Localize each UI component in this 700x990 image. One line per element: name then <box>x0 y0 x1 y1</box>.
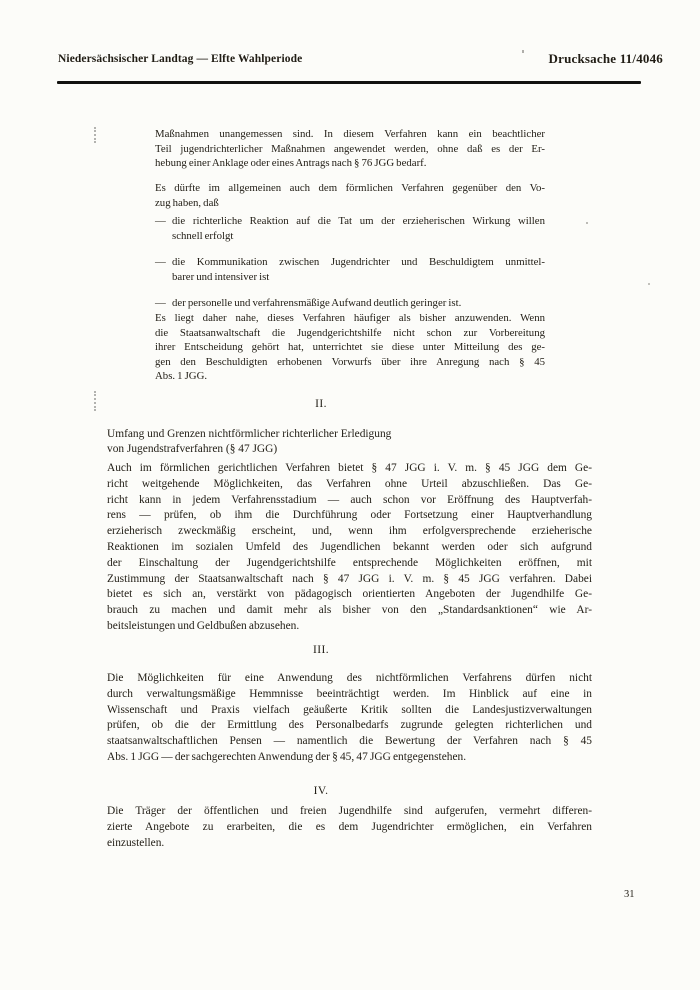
section-heading-ii: II. <box>48 398 594 410</box>
bullet-text: die Kommunikation zwischen Jugendrichter… <box>172 255 545 284</box>
page-number: 31 <box>624 889 635 900</box>
text-line: Auch im förmlichen gerichtlichen Verfahr… <box>107 461 592 477</box>
text-line: brauch zu machen und damit mehr als bish… <box>107 603 592 619</box>
scan-artifact <box>648 283 650 285</box>
text-line: richt weitgehende Möglichkeiten, das Ver… <box>107 477 592 493</box>
text-line: zug haben, daß <box>155 196 545 211</box>
text-line: von Jugendstrafverfahren (§ 47 JGG) <box>107 442 592 457</box>
text-line: ihrer Entscheidung gehört hat, unterrich… <box>155 340 545 355</box>
section-subheading: Umfang und Grenzen nichtförmlicher richt… <box>107 427 592 456</box>
bullet-text: der personelle und verfahrensmäßige Aufw… <box>172 296 545 311</box>
text-line: Es dürfte im allgemeinen auch dem förmli… <box>155 181 545 196</box>
scan-artifact <box>522 50 524 53</box>
text-line: Abs. 1 JGG. <box>155 369 545 384</box>
bullet-item: — die richterliche Reaktion auf die Tat … <box>155 214 545 243</box>
header-rule <box>57 81 641 84</box>
paragraph: Auch im förmlichen gerichtlichen Verfahr… <box>107 461 592 635</box>
bullet-dash: — <box>155 296 166 311</box>
text-line: der personelle und verfahrensmäßige Aufw… <box>172 296 545 311</box>
text-line: staatsanwaltschaftlichen Pensen — nament… <box>107 734 592 750</box>
text-line: Reaktionen im sozialen Umfeld des Jugend… <box>107 540 592 556</box>
text-line: Zustimmung der Staatsanwaltschaft nach §… <box>107 572 592 588</box>
scan-artifact <box>94 127 96 143</box>
text-line: richt kann in jedem Verfahrensstadium — … <box>107 493 592 509</box>
paragraph: Die Möglichkeiten für eine Anwendung des… <box>107 671 592 766</box>
text-line: Es liegt daher nahe, dieses Verfahren hä… <box>155 311 545 326</box>
text-line: die Kommunikation zwischen Jugendrichter… <box>172 255 545 270</box>
paragraph: Die Träger der öffentlichen und freien J… <box>107 804 592 851</box>
section-heading-iii: III. <box>48 644 594 656</box>
document-page: Niedersächsischer Landtag — Elfte Wahlpe… <box>0 0 700 990</box>
bullet-item: — der personelle und verfahrensmäßige Au… <box>155 296 545 311</box>
text-line: Teil jugendrichterlicher Maßnahmen angew… <box>155 142 545 157</box>
text-line: zierte Angebote zu erarbeiten, die es de… <box>107 820 592 836</box>
text-line: die richterliche Reaktion auf die Tat um… <box>172 214 545 229</box>
document-header-right: Drucksache 11/4046 <box>549 51 663 67</box>
text-line: die Staatsanwaltschaft die Jugendgericht… <box>155 326 545 341</box>
text-line: gen den Beschuldigten erhobenen Vorwurfs… <box>155 355 545 370</box>
text-line: prüfen, ob die der Ermittlung des Person… <box>107 718 592 734</box>
text-line: rens — prüfen, ob ihm die Durchführung o… <box>107 508 592 524</box>
text-line: Die Möglichkeiten für eine Anwendung des… <box>107 671 592 687</box>
paragraph: Maßnahmen unangemessen sind. In diesem V… <box>155 127 545 171</box>
paragraph: Es liegt daher nahe, dieses Verfahren hä… <box>155 311 545 384</box>
text-line: der Einschaltung der Jugendgerichtshilfe… <box>107 556 592 572</box>
bullet-text: die richterliche Reaktion auf die Tat um… <box>172 214 545 243</box>
text-line: Umfang und Grenzen nichtförmlicher richt… <box>107 427 592 442</box>
section-heading-iv: IV. <box>48 785 594 797</box>
document-header-left: Niedersächsischer Landtag — Elfte Wahlpe… <box>58 53 302 65</box>
text-line: schnell erfolgt <box>172 229 545 244</box>
text-line: erzieherisch zweckmäßig erscheint, und, … <box>107 524 592 540</box>
text-line: hebung einer Anklage oder eines Antrags … <box>155 156 545 171</box>
text-line: Maßnahmen unangemessen sind. In diesem V… <box>155 127 545 142</box>
text-line: bietet es sich an, verstärkt von pädagog… <box>107 587 592 603</box>
text-line: beitsleistungen und Geldbußen abzusehen. <box>107 619 592 635</box>
text-line: Abs. 1 JGG — der sachgerechten Anwendung… <box>107 750 592 766</box>
bullet-dash: — <box>155 255 166 270</box>
scan-artifact <box>586 222 588 224</box>
bullet-item: — die Kommunikation zwischen Jugendricht… <box>155 255 545 284</box>
bullet-dash: — <box>155 214 166 229</box>
text-line: durch verwaltungsmäßige Hemmnisse beeint… <box>107 687 592 703</box>
text-line: Die Träger der öffentlichen und freien J… <box>107 804 592 820</box>
text-line: einzustellen. <box>107 836 592 852</box>
paragraph: Es dürfte im allgemeinen auch dem förmli… <box>155 181 545 210</box>
text-line: barer und intensiver ist <box>172 270 545 285</box>
text-line: Wissenschaft und Praxis vielfach geäußer… <box>107 703 592 719</box>
